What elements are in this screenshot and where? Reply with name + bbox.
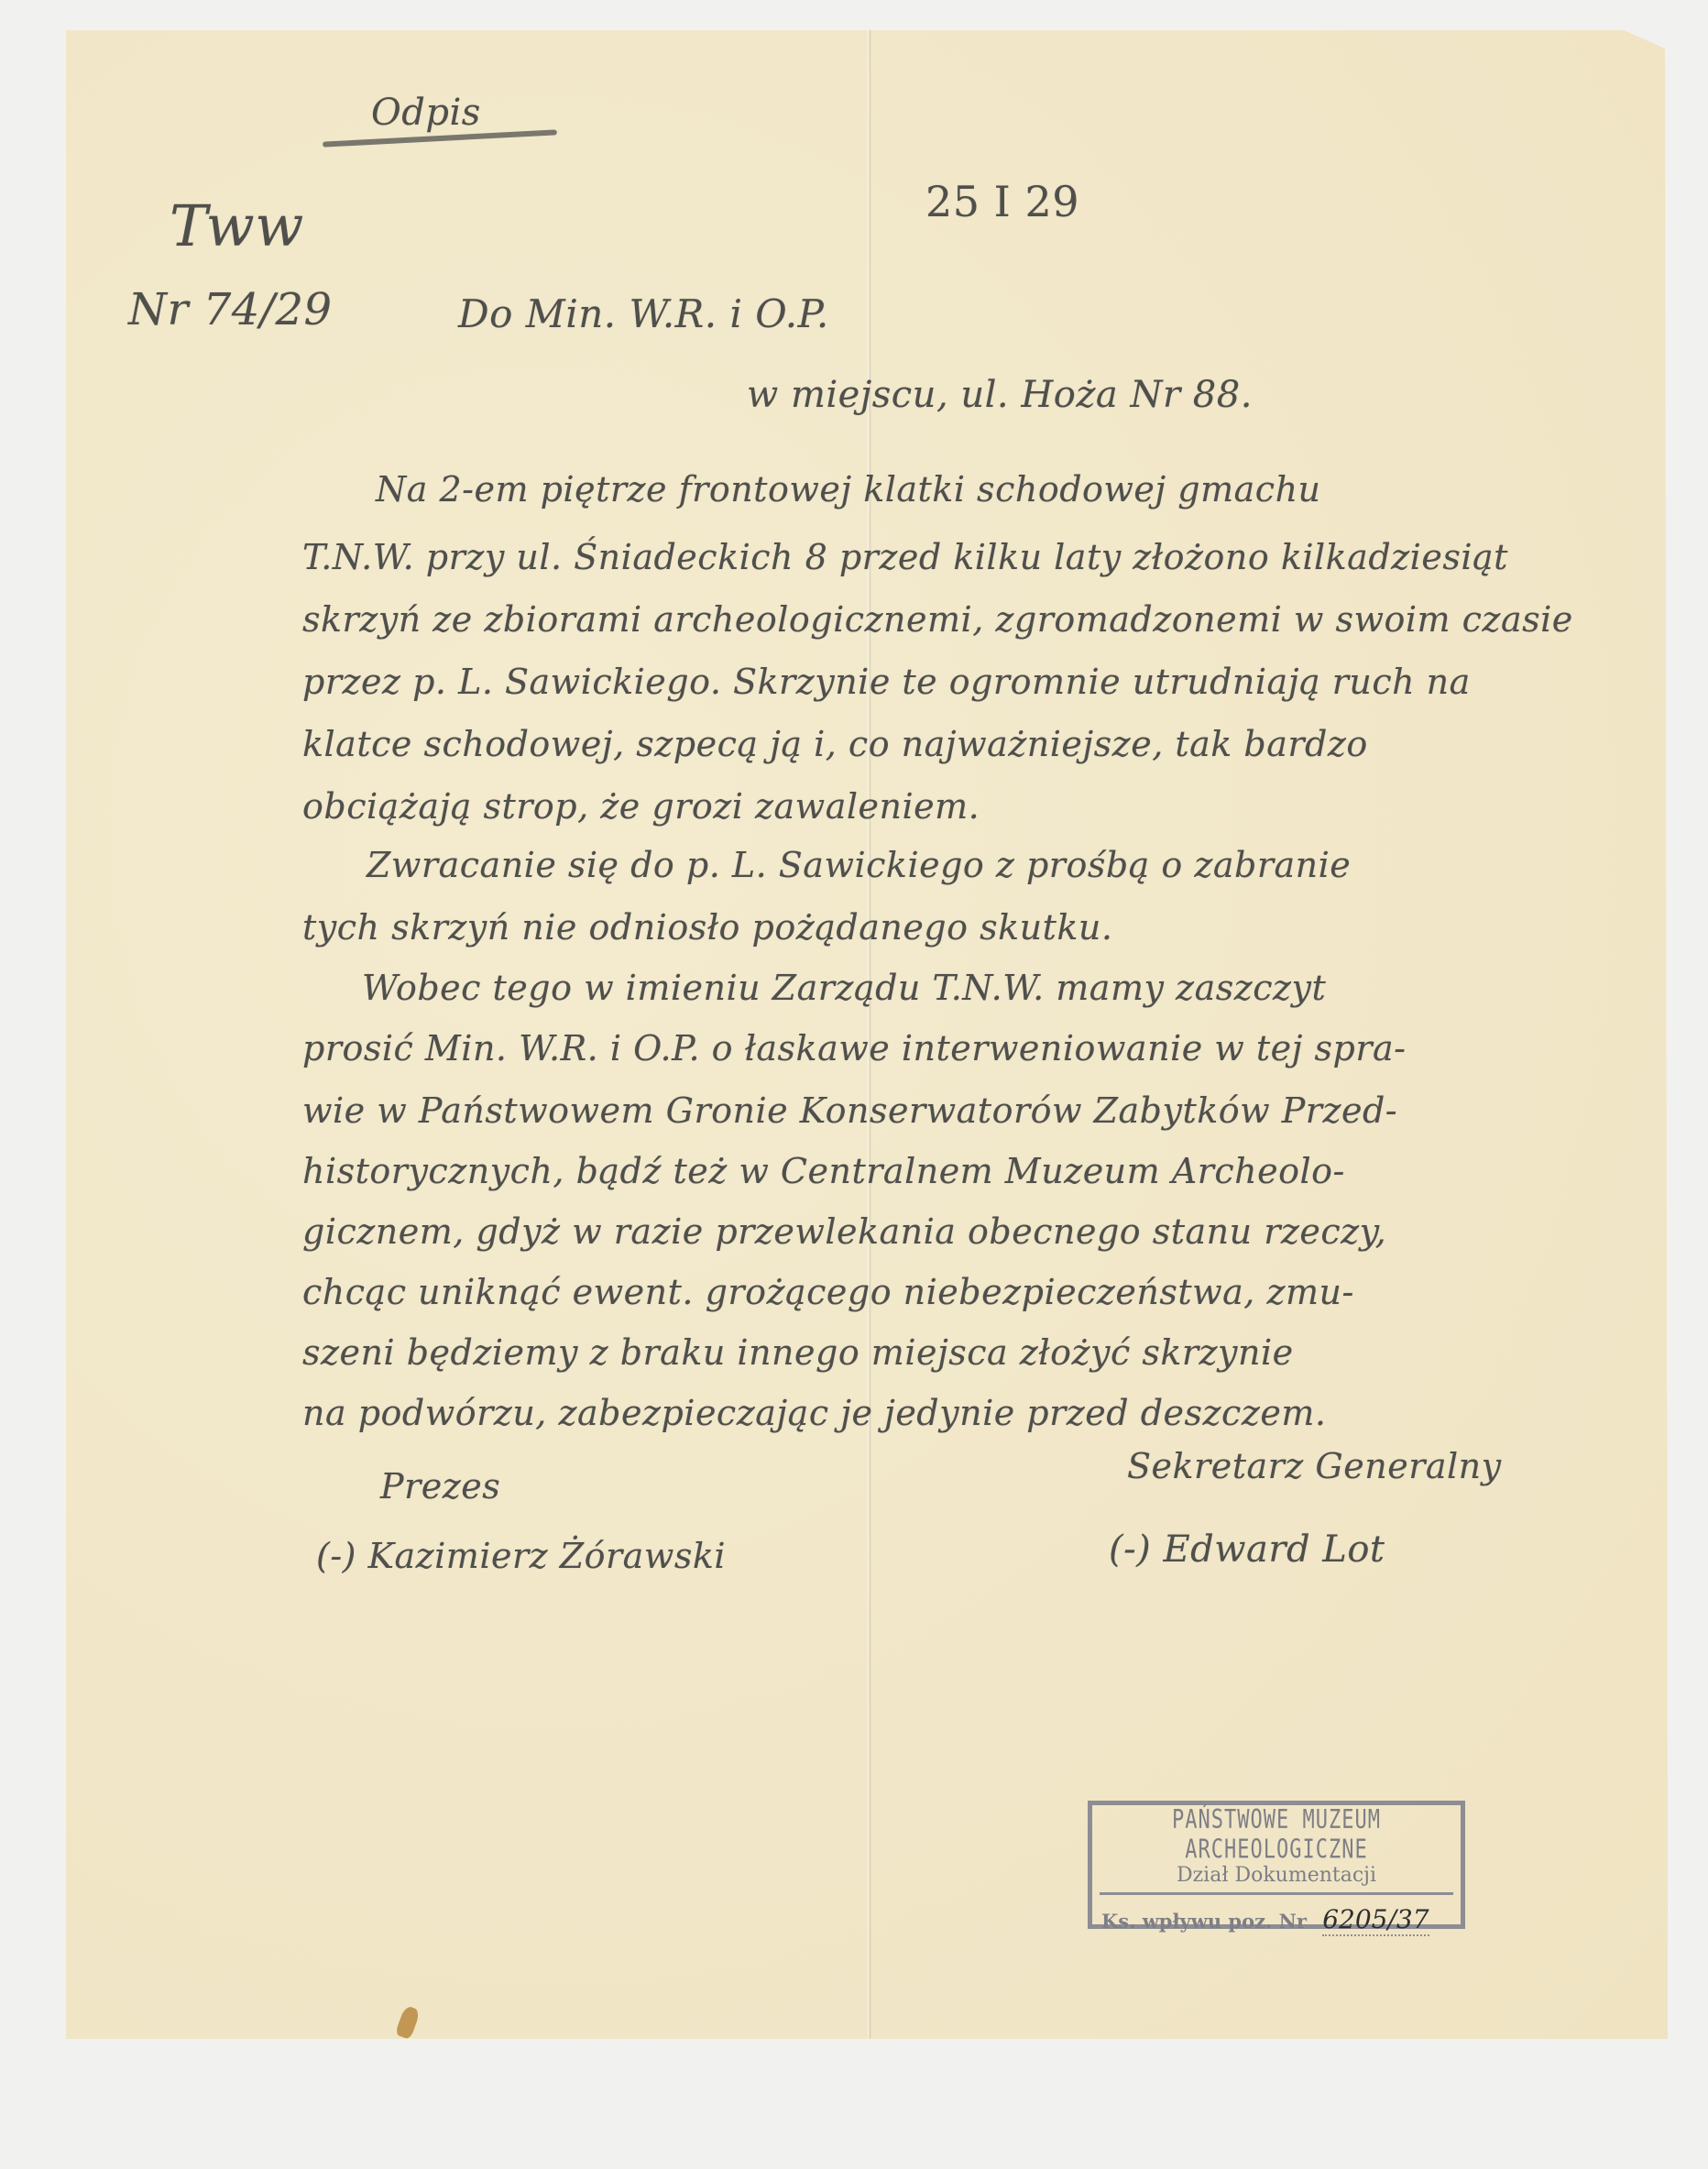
body-line: na podwórzu, zabezpieczając je jedynie p… bbox=[302, 1393, 1326, 1433]
stamp-divider bbox=[1100, 1892, 1453, 1895]
body-line: chcąc uniknąć ewent. grożącego niebezpie… bbox=[302, 1272, 1354, 1312]
addressee-line-2: w miejscu, ul. Hoża Nr 88. bbox=[747, 374, 1253, 416]
signature-right-name: (-) Edward Lot bbox=[1109, 1528, 1385, 1571]
body-line: T.N.W. przy ul. Śniadeckich 8 przed kilk… bbox=[302, 537, 1508, 577]
body-line: wie w Państwowem Gronie Konserwatorów Za… bbox=[302, 1090, 1397, 1131]
body-line: Na 2-em piętrze frontowej klatki schodow… bbox=[376, 469, 1321, 509]
body-line: Zwracanie się do p. L. Sawickiego z proś… bbox=[367, 845, 1351, 885]
signature-right-title: Sekretarz Generalny bbox=[1127, 1446, 1502, 1486]
stamp-entry-label: Ks. wpływu poz. Nr bbox=[1101, 1910, 1307, 1933]
reference-line-2: Nr 74/29 bbox=[128, 284, 333, 335]
body-line: Wobec tego w imieniu Zarządu T.N.W. mamy… bbox=[362, 968, 1326, 1008]
body-line: tych skrzyń nie odniosło pożądanego skut… bbox=[302, 907, 1112, 948]
archive-stamp: PAŃSTWOWE MUZEUM ARCHEOLOGICZNE Dział Do… bbox=[1088, 1801, 1465, 1929]
body-line: obciążają strop, że grozi zawaleniem. bbox=[302, 786, 980, 827]
stamp-entry-number: 6205/37 bbox=[1322, 1904, 1429, 1936]
reference-line-1: Tww bbox=[170, 192, 304, 259]
body-line: klatce schodowej, szpecą ją i, co najważ… bbox=[302, 724, 1368, 764]
stamp-department: Dział Dokumentacji bbox=[1092, 1864, 1461, 1887]
document-date: 25 I 29 bbox=[925, 177, 1079, 226]
body-line: szeni będziemy z braku innego miejsca zł… bbox=[302, 1332, 1294, 1373]
signature-left-title: Prezes bbox=[380, 1466, 500, 1506]
addressee-line-1: Do Min. W.R. i O.P. bbox=[458, 291, 829, 336]
body-line: skrzyń ze zbiorami archeologicznemi, zgr… bbox=[302, 599, 1573, 640]
document-heading: Odpis bbox=[371, 92, 481, 134]
stamp-institution: PAŃSTWOWE MUZEUM ARCHEOLOGICZNE bbox=[1092, 1806, 1461, 1866]
body-line: gicznem, gdyż w razie przewlekania obecn… bbox=[302, 1211, 1386, 1252]
body-line: prosić Min. W.R. i O.P. o łaskawe interw… bbox=[302, 1028, 1406, 1068]
signature-left-name: (-) Kazimierz Żórawski bbox=[316, 1536, 726, 1576]
stamp-entry-row: Ks. wpływu poz. Nr 6205/37 bbox=[1101, 1904, 1461, 1934]
body-line: historycznych, bądź też w Centralnem Muz… bbox=[302, 1151, 1345, 1191]
body-line: przez p. L. Sawickiego. Skrzynie te ogro… bbox=[302, 662, 1471, 702]
